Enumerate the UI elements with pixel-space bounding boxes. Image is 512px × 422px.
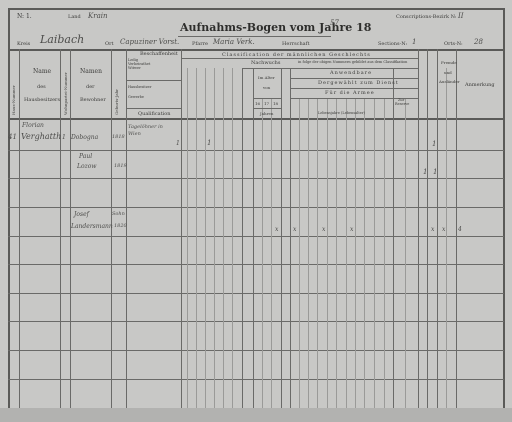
col-jahren: Jahren [260, 111, 273, 116]
entry-partei: 1 [62, 134, 66, 141]
entry-hausbesitzer-first: Florian [22, 122, 44, 129]
entry-bewohner: Landersmann [71, 223, 113, 230]
fine-col-line [262, 98, 263, 408]
col-line [281, 68, 282, 408]
col-qualifikation: Qualification [138, 111, 170, 117]
fine-col-line [299, 98, 300, 408]
col-fremde-1: Fremde [441, 60, 457, 65]
land-value: Krain [88, 12, 108, 20]
entry-bewohner: Lozow [77, 163, 97, 170]
col-bewohner-2: der [86, 84, 95, 90]
fine-col-line [374, 98, 375, 408]
fine-col-line [336, 98, 337, 408]
entry-qualification-2: Wien [128, 131, 141, 137]
entry-bewohner: Paul [79, 153, 92, 160]
header-subline [290, 88, 418, 89]
col-line [437, 49, 438, 408]
entry-qualification-1: Tagelöhner in [128, 124, 163, 130]
col-line [19, 49, 20, 408]
tally-mark: x [350, 226, 353, 233]
col-von: von [263, 85, 270, 90]
fine-col-line [364, 98, 365, 408]
land-label: Land [68, 14, 81, 20]
entry-bewohner: Dobogna [71, 134, 98, 141]
col-line [427, 49, 428, 408]
col-line [418, 49, 419, 408]
fine-col-line [355, 98, 356, 408]
beschaffenheit-row: Hausbesitzer [128, 85, 151, 89]
header-divider [8, 49, 504, 51]
tally-mark: x [431, 226, 434, 233]
col-name-3: Hausbesitzers [24, 97, 60, 103]
fine-col-line [405, 98, 406, 408]
col-in-folge: in folge der obigen Nummern gebildet aus… [298, 60, 407, 64]
header-subline [181, 58, 418, 59]
alter-17: 17 [264, 101, 269, 106]
col-line [456, 49, 457, 408]
header-subline [126, 108, 181, 109]
header-subline [290, 78, 418, 79]
tally-mark: x [275, 226, 278, 233]
title-underline [178, 36, 331, 37]
title-year: 57 [330, 19, 339, 27]
col-wohnpartei: Wohnpartei-Nummer [63, 72, 68, 115]
col-fremde-2: und [444, 70, 452, 75]
classification-heading: Classification der männlichen Geschlecht… [222, 52, 371, 58]
fine-col-line [271, 98, 272, 408]
fine-col-line [308, 98, 309, 408]
fine-col-line [346, 98, 347, 408]
col-dergewaehlt: Dergewählt zum Dienst [318, 80, 399, 86]
orts-label: Orts-N: [444, 41, 463, 47]
entry-bewohner: Josef [74, 211, 89, 218]
alter-18: 18 [273, 101, 278, 106]
col-fremde-3: Ausländer [439, 79, 460, 84]
fine-col-line [232, 68, 233, 408]
sections-label: Sections-N: [378, 41, 407, 47]
entry-note: Sohn [112, 211, 125, 217]
tally-mark: 4 [458, 226, 462, 233]
col-haus-nummer: Haus-Nummer [11, 85, 16, 115]
ort-value: Capuziner Vorst. [120, 38, 179, 46]
col-line [393, 68, 394, 408]
row-line [8, 150, 504, 151]
kreis-label: Kreis [17, 41, 30, 47]
fine-col-line [317, 98, 318, 408]
beschaffenheit-row: Witwer [128, 66, 141, 70]
tally-mark: 1 [176, 140, 180, 147]
row-line [8, 178, 504, 179]
fine-col-line [384, 98, 385, 408]
tally-mark: x [442, 226, 445, 233]
col-im-alter: Im Alter [258, 75, 275, 80]
tally-mark: 1 [432, 140, 436, 148]
col-name-2: des [37, 84, 46, 90]
tally-mark: x [293, 226, 296, 233]
col-line [181, 49, 182, 408]
alter-16: 16 [255, 101, 260, 106]
row-line [8, 321, 504, 322]
row-line [8, 379, 504, 380]
col-nachwuchs: Nachwuchs [251, 60, 280, 66]
herrschaft-label: Herrschaft [282, 41, 310, 47]
row-line [8, 207, 504, 208]
conscription-value: II [458, 12, 464, 20]
fine-col-line [196, 68, 197, 408]
census-form-sheet: N: 1. Land Krain Aufnahms-Bogen vom Jahr… [0, 0, 512, 422]
orts-value: 28 [474, 38, 483, 46]
row-line [8, 236, 504, 237]
col-bewohner-1: Namen [80, 68, 102, 75]
entry-geburtsjahr: 1819 [114, 163, 127, 169]
row-line [8, 293, 504, 294]
fine-col-line [187, 68, 188, 408]
col-name-1: Name [33, 68, 51, 75]
col-line [242, 68, 243, 408]
col-anmerkung: Anmerkung [465, 82, 495, 88]
entry-geburtsjahr: 1820 [114, 223, 127, 229]
form-title: Aufnahms-Bogen vom Jahre 18 [180, 21, 371, 34]
row-line [8, 350, 504, 351]
tally-mark: 1 [433, 168, 437, 176]
conscription-label: Conscriptions-Bezirk N: [396, 14, 456, 20]
tally-mark: 1 [207, 139, 211, 147]
col-geburtsjahr: Geburts-Jahr [114, 89, 119, 115]
col-line [290, 68, 291, 408]
row-line [8, 264, 504, 265]
frame-left [8, 8, 10, 408]
beschaffenheit-row: Gewerbe [128, 95, 144, 99]
entry-haus-nr: 41 [8, 133, 17, 141]
col-lebensjahr: Lebensjahre (Lebensalter) [318, 111, 365, 115]
col-reserve: Reserve [395, 102, 409, 106]
kreis-value: Laibach [40, 33, 84, 46]
ort-label: Ort [105, 41, 114, 47]
fine-col-line [446, 68, 447, 408]
fine-col-line [223, 68, 224, 408]
frame-right [503, 8, 505, 408]
tally-mark: 1 [423, 168, 427, 176]
fine-col-line [205, 68, 206, 408]
tally-mark: x [322, 226, 325, 233]
fine-col-line [214, 68, 215, 408]
col-line [60, 49, 61, 408]
header-subline [253, 98, 281, 99]
sections-value: 1 [412, 38, 416, 46]
col-bewohner-3: Bewohner [80, 97, 106, 103]
pfarre-label: Pfarre [192, 41, 208, 47]
header-subline [242, 68, 418, 69]
header-subline [126, 80, 181, 81]
header-subline [253, 108, 281, 109]
col-anwendbare: Anwendbare [330, 70, 372, 76]
col-fuer-armee: Für die Armee [325, 90, 375, 96]
entry-hausbesitzer-last: Verghatth [21, 132, 61, 141]
col-line [253, 68, 254, 408]
column-header-divider [8, 118, 504, 120]
frame-top [8, 8, 504, 10]
form-number: N: 1. [17, 13, 32, 20]
entry-geburtsjahr: 1818 [112, 134, 125, 140]
page-edge [0, 408, 512, 422]
pfarre-value: Maria Verk. [213, 38, 255, 46]
fine-col-line [327, 98, 328, 408]
col-beschaffenheit: Beschaffenheit [140, 51, 178, 57]
